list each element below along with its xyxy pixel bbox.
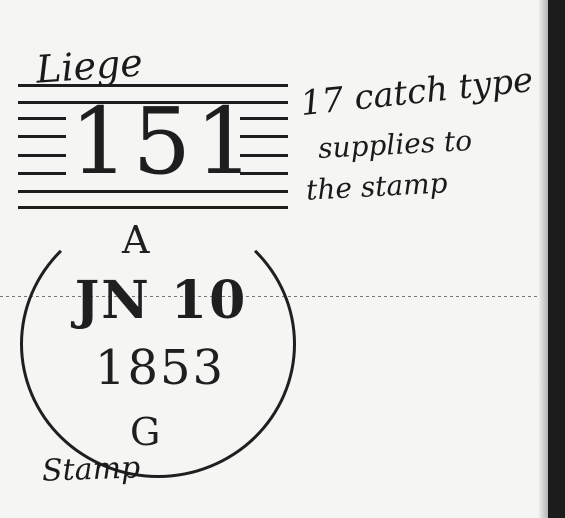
numeral-cancel: 151 xyxy=(70,96,258,188)
page-edge xyxy=(548,0,565,518)
datestamp-top-letter: A xyxy=(122,218,149,262)
datestamp-bottom-letter: G xyxy=(130,410,160,454)
datestamp-month-day: JN 10 xyxy=(46,270,276,331)
datestamp-year: 1853 xyxy=(70,340,250,396)
manuscript-bottom: Stamp xyxy=(41,450,140,488)
